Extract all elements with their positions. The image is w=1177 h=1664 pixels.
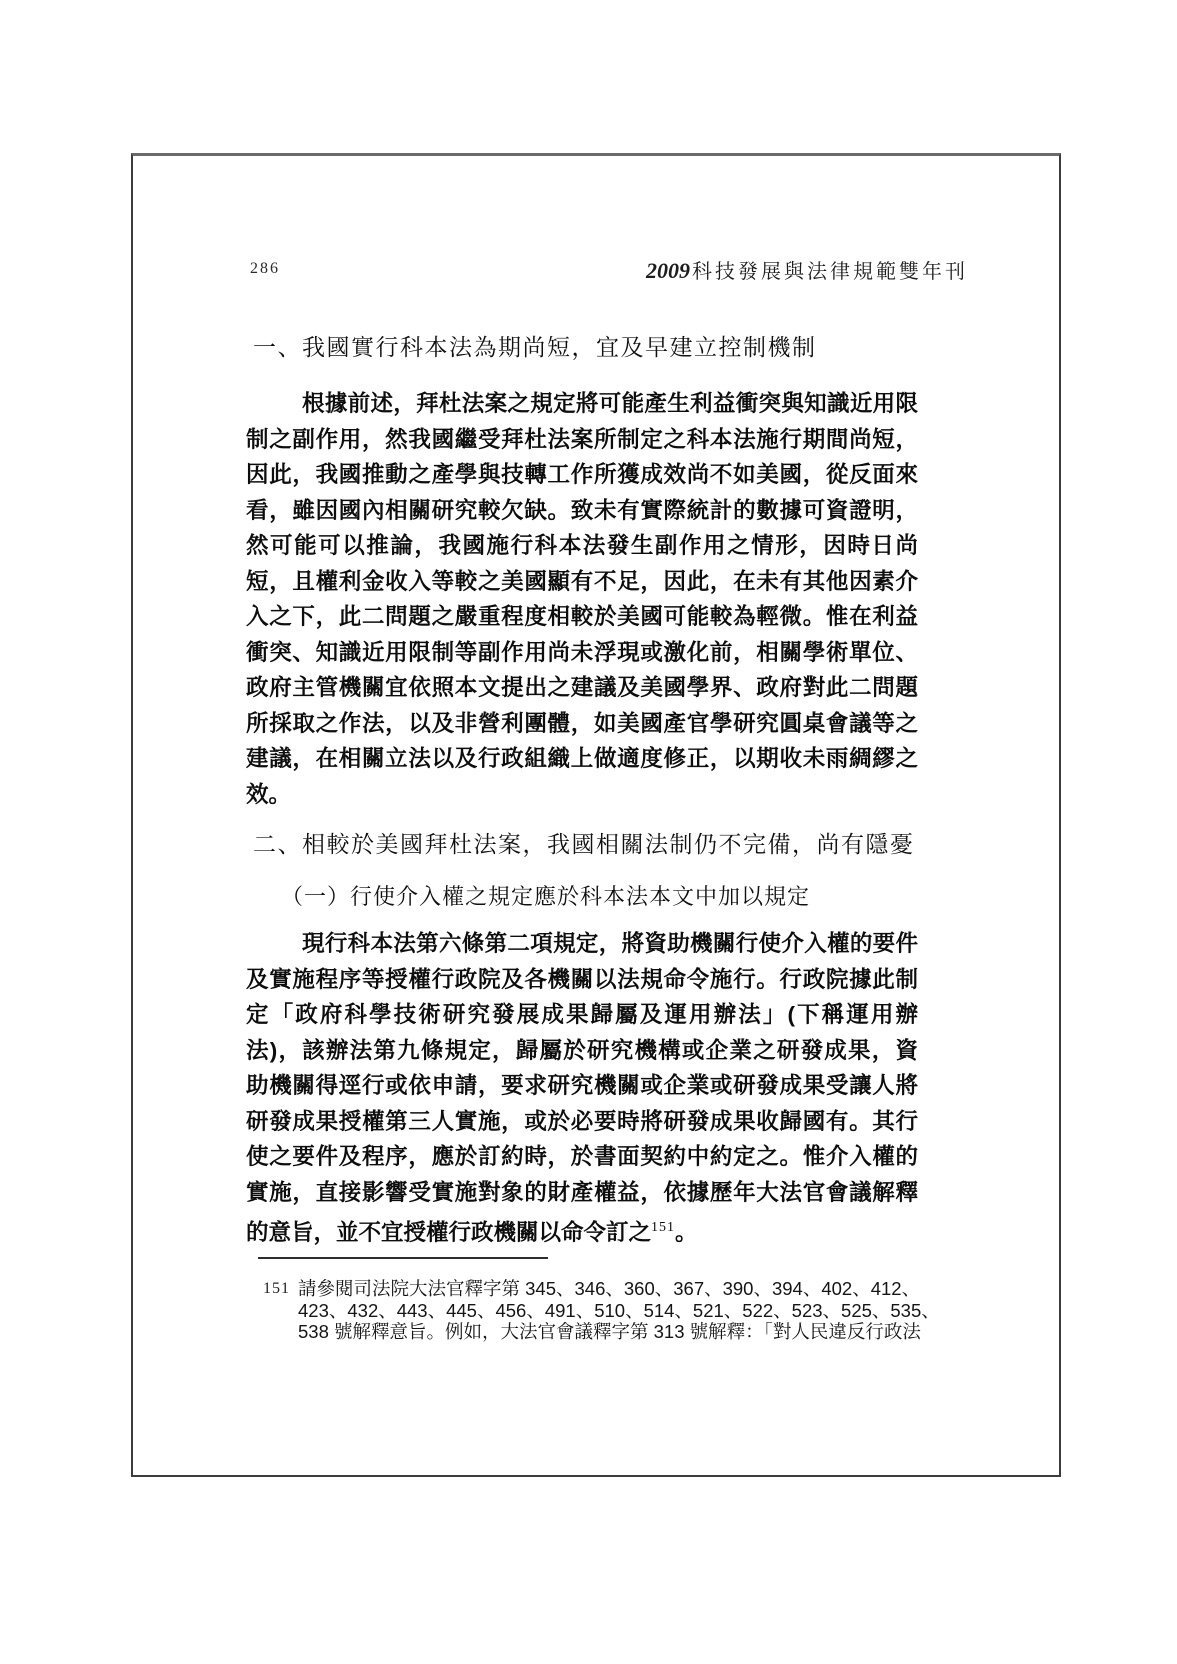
text-line: 短，且權利金收入等較之美國顯有不足，因此，在未有其他因素介	[246, 564, 918, 600]
text-line: 法)，該辦法第九條規定，歸屬於研究機構或企業之研發成果，資	[246, 1033, 918, 1069]
footnote-151: 151 請參閱司法院大法官釋字第 345、346、360、367、390、394…	[263, 1278, 943, 1343]
text-line: 請參閱司法院大法官釋字第 345、346、360、367、390、394、402…	[298, 1278, 943, 1300]
paragraph-2: 現行科本法第六條第二項規定，將資助機關行使介入權的要件及實施程序等授權行政院及各…	[246, 926, 918, 1210]
page-number: 286	[250, 260, 280, 278]
running-head-journal-title: 2009科技發展與法律規範雙年刊	[646, 255, 968, 284]
text-line: 看，雖因國內相關研究較欠缺。致未有實際統計的數據可資證明，	[246, 493, 918, 529]
footnote-marker: 151	[263, 1280, 290, 1298]
text-line: 助機關得逕行或依申請，要求研究機關或企業或研發成果受讓人將	[246, 1068, 918, 1104]
journal-name: 科技發展與法律規範雙年刊	[692, 261, 968, 283]
footnote-separator-rule	[258, 1257, 548, 1259]
text-line: 所採取之作法，以及非營利團體，如美國產官學研究圓桌會議等之	[246, 706, 918, 742]
text-line: 然可能可以推論，我國施行科本法發生副作用之情形，因時日尚	[246, 528, 918, 564]
text-line: 建議，在相關立法以及行政組織上做適度修正，以期收未雨綢繆之	[246, 741, 918, 777]
text-line: 研發成果授權第三人實施，或於必要時將研發成果收歸國有。其行	[246, 1104, 918, 1140]
scanned-document-page: { "page": { "number": "286" }, "header":…	[0, 0, 1177, 1664]
text-line: 及實施程序等授權行政院及各機關以法規命令施行。行政院據此制	[246, 962, 918, 998]
subsection-heading-1: （一）行使介入權之規定應於科本法本文中加以規定	[281, 880, 810, 911]
text-line: 效。	[246, 777, 918, 813]
section-heading-1: 一、我國實行科本法為期尚短，宜及早建立控制機制	[253, 329, 817, 362]
text-line: 使之要件及程序，應於訂約時，於書面契約中約定之。惟介入權的	[246, 1139, 918, 1175]
text-line: 現行科本法第六條第二項規定，將資助機關行使介入權的要件	[246, 926, 918, 962]
text-line: 因此，我國推動之產學與技轉工作所獲成效尚不如美國，從反面來	[246, 457, 918, 493]
section-heading-2: 二、相較於美國拜杜法案，我國相關法制仍不完備，尚有隱憂	[253, 826, 915, 859]
footnote-text: 請參閱司法院大法官釋字第 345、346、360、367、390、394、402…	[298, 1278, 943, 1343]
text-line: 實施，直接影響受實施對象的財產權益，依據歷年大法官會議解釋	[246, 1175, 918, 1211]
text-line: 538 號解釋意旨。例如，大法官會議釋字第 313 號解釋：「對人民違反行政法	[298, 1321, 943, 1343]
text-line: 423、432、443、445、456、491、510、514、521、522、…	[298, 1300, 943, 1322]
text-line: 入之下，此二問題之嚴重程度相較於美國可能較為輕微。惟在利益	[246, 599, 918, 635]
last-line-period: 。	[675, 1220, 698, 1245]
footnote-reference-151: 151	[651, 1220, 675, 1235]
journal-year: 2009	[646, 258, 690, 283]
paragraph-1: 根據前述，拜杜法案之規定將可能產生利益衝突與知識近用限制之副作用，然我國繼受拜杜…	[246, 386, 918, 812]
paragraph-2-last-line: 的意旨，並不宜授權行政機關以命令訂之151。	[246, 1210, 698, 1251]
text-line: 政府主管機關宜依照本文提出之建議及美國學界、政府對此二問題	[246, 670, 918, 706]
text-line: 定「政府科學技術研究發展成果歸屬及運用辦法」(下稱運用辦	[246, 997, 918, 1033]
text-line: 制之副作用，然我國繼受拜杜法案所制定之科本法施行期間尚短，	[246, 422, 918, 458]
last-line-text: 的意旨，並不宜授權行政機關以命令訂之	[246, 1220, 651, 1245]
text-line: 衝突、知識近用限制等副作用尚未浮現或激化前，相關學術單位、	[246, 635, 918, 671]
text-line: 根據前述，拜杜法案之規定將可能產生利益衝突與知識近用限	[246, 386, 918, 422]
